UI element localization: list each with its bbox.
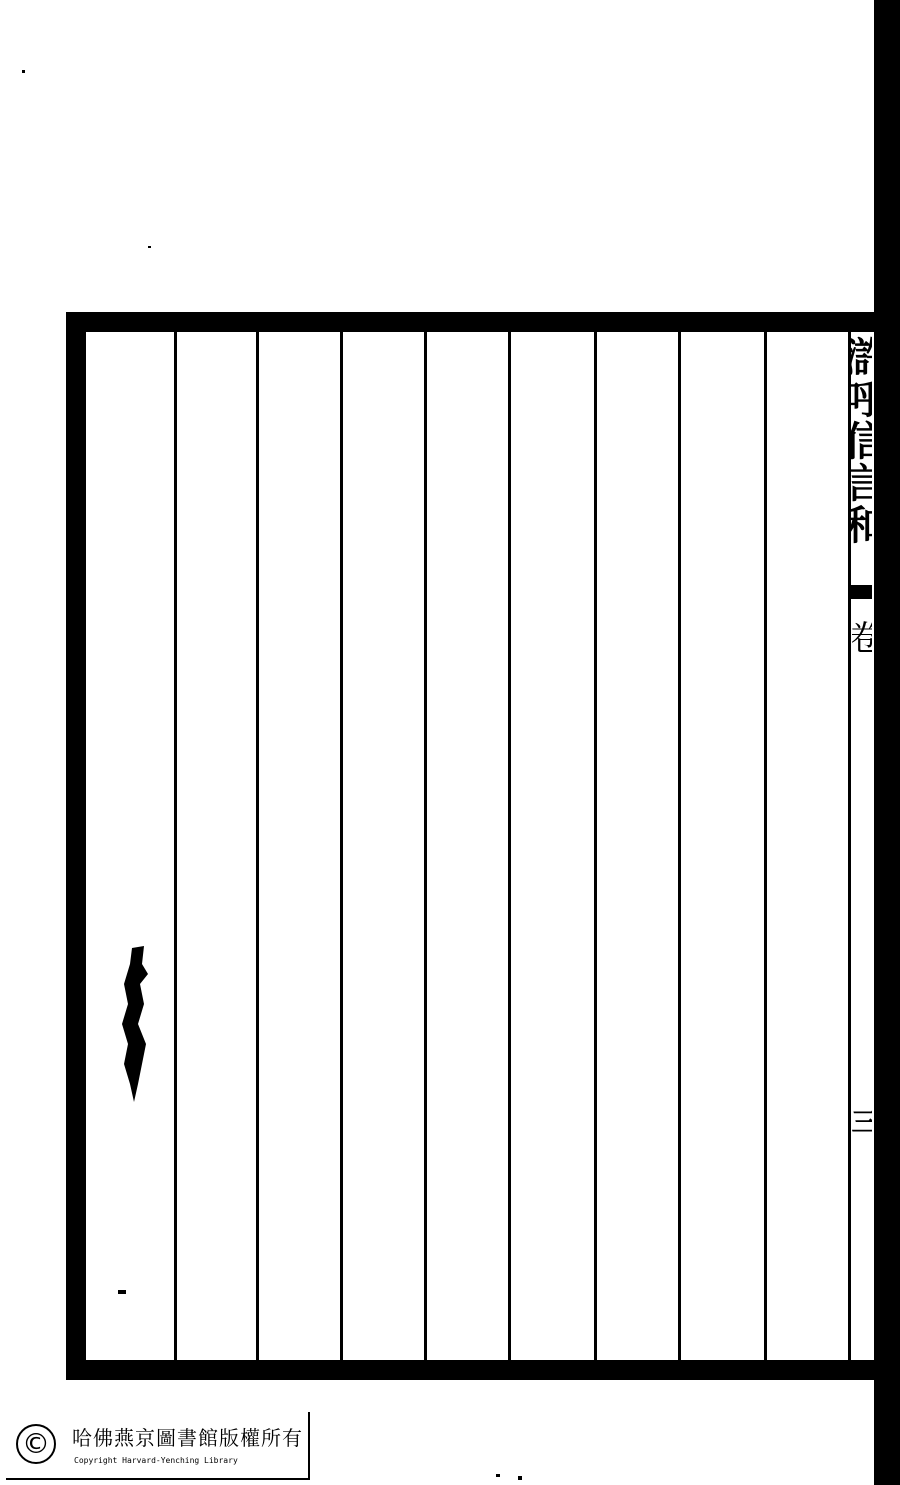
copyright-icon: ©	[16, 1424, 56, 1464]
scan-speck	[22, 70, 25, 73]
copyright-chinese: 哈佛燕京圖書館版權所有	[72, 1422, 303, 1451]
page-border-frame	[66, 312, 878, 1380]
folio-number: 三	[852, 1108, 872, 1158]
scan-speck	[518, 1476, 522, 1480]
juan-label: 卷	[852, 620, 872, 700]
fold-margin-title: 滸呼信言和	[850, 336, 872, 586]
column-rule	[256, 332, 259, 1362]
column-rule	[340, 332, 343, 1362]
copyright-notice: © 哈佛燕京圖書館版權所有 Copyright Harvard-Yenching…	[6, 1412, 310, 1480]
column-rule	[174, 332, 177, 1362]
fishtail-mark-icon	[850, 585, 872, 599]
column-rule	[678, 332, 681, 1362]
column-rule	[764, 332, 767, 1362]
red-seal-stamp-icon	[118, 944, 154, 1104]
scan-speck	[148, 246, 151, 248]
column-rule	[594, 332, 597, 1362]
column-rule	[508, 332, 511, 1362]
scan-speck	[496, 1474, 500, 1477]
copyright-english: Copyright Harvard-Yenching Library	[74, 1456, 238, 1465]
scan-speck	[118, 1290, 126, 1294]
column-rule	[424, 332, 427, 1362]
